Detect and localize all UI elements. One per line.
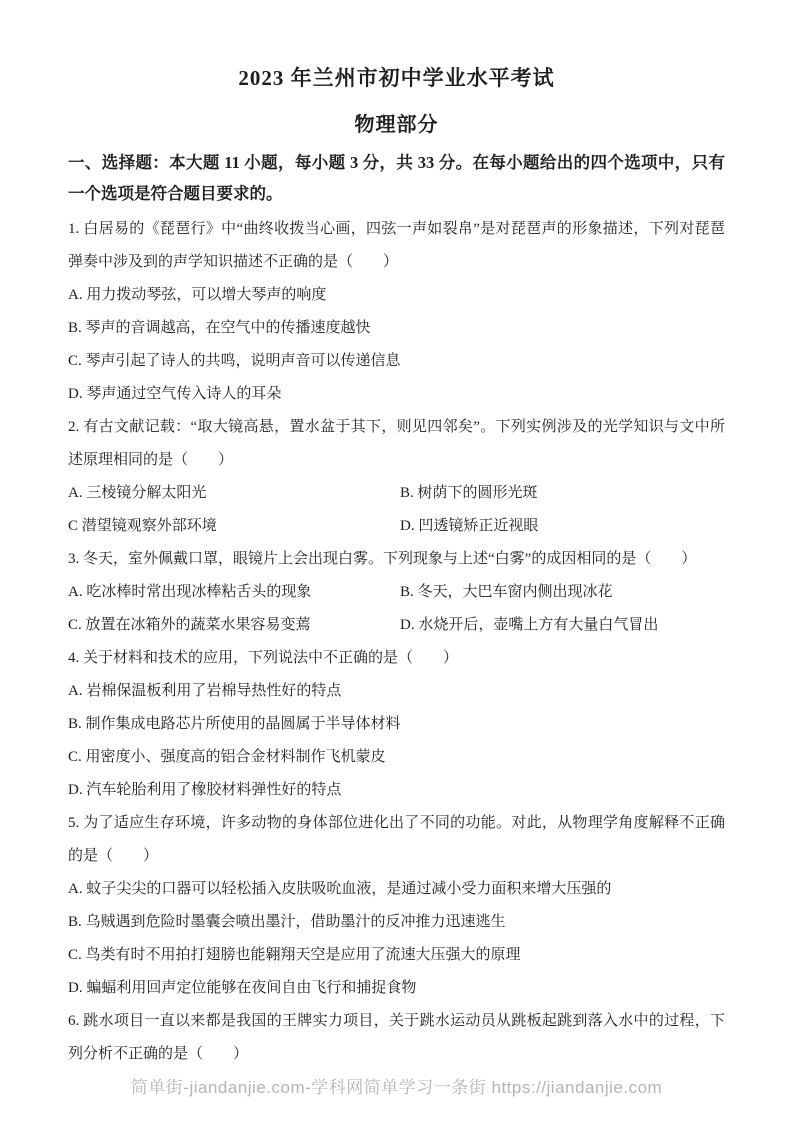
question-1-option-b: B. 琴声的音调越高，在空气中的传播速度越快 (68, 312, 725, 345)
question-3-option-c: C. 放置在冰箱外的蔬菜水果容易变蔫 (68, 609, 400, 642)
question-2-options: A. 三棱镜分解太阳光 B. 树荫下的圆形光斑 C 潜望镜观察外部环境 D. 凹… (68, 477, 725, 543)
question-2-option-c: C 潜望镜观察外部环境 (68, 510, 400, 543)
question-2-option-a: A. 三棱镜分解太阳光 (68, 477, 400, 510)
watermark-footer: 简单街-jiandanjie.com-学科网简单学习一条街 https://ji… (0, 1073, 793, 1098)
question-1-option-a: A. 用力拨动琴弦，可以增大琴声的响度 (68, 279, 725, 312)
question-3: 3. 冬天，室外佩戴口罩，眼镜片上会出现白雾。下列现象与上述“白雾”的成因相同的… (68, 543, 725, 642)
question-1: 1. 白居易的《琵琶行》中“曲终收拨当心画，四弦一声如裂帛”是对琵琶声的形象描述… (68, 213, 725, 411)
question-2-option-d: D. 凹透镜矫正近视眼 (400, 510, 725, 543)
question-3-options: A. 吃冰棒时常出现冰棒粘舌头的现象 B. 冬天，大巴车窗内侧出现冰花 C. 放… (68, 576, 725, 642)
question-4-option-b: B. 制作集成电路芯片所使用的晶圆属于半导体材料 (68, 708, 725, 741)
question-2-option-b: B. 树荫下的圆形光斑 (400, 477, 725, 510)
question-4: 4. 关于材料和技术的应用，下列说法中不正确的是（ ） A. 岩棉保温板利用了岩… (68, 642, 725, 807)
question-5-option-b: B. 乌贼遇到危险时墨囊会喷出墨汁，借助墨汁的反冲推力迅速逃生 (68, 906, 725, 939)
question-4-stem: 4. 关于材料和技术的应用，下列说法中不正确的是（ ） (68, 642, 725, 675)
question-1-option-c: C. 琴声引起了诗人的共鸣，说明声音可以传递信息 (68, 345, 725, 378)
question-3-option-b: B. 冬天，大巴车窗内侧出现冰花 (400, 576, 725, 609)
question-4-option-c: C. 用密度小、强度高的铝合金材料制作飞机蒙皮 (68, 741, 725, 774)
question-5-option-c: C. 鸟类有时不用拍打翅膀也能翱翔天空是应用了流速大压强大的原理 (68, 939, 725, 972)
exam-page: 2023 年兰州市初中学业水平考试 物理部分 一、选择题：本大题 11 小题，每… (0, 0, 793, 1122)
question-5-option-d: D. 蝙蝠利用回声定位能够在夜间自由飞行和捕捉食物 (68, 972, 725, 1005)
question-3-stem: 3. 冬天，室外佩戴口罩，眼镜片上会出现白雾。下列现象与上述“白雾”的成因相同的… (68, 543, 725, 576)
question-4-option-d: D. 汽车轮胎利用了橡胶材料弹性好的特点 (68, 774, 725, 807)
question-6: 6. 跳水项目一直以来都是我国的王牌实力项目，关于跳水运动员从跳板起跳到落入水中… (68, 1005, 725, 1071)
question-3-option-a: A. 吃冰棒时常出现冰棒粘舌头的现象 (68, 576, 400, 609)
question-1-stem: 1. 白居易的《琵琶行》中“曲终收拨当心画，四弦一声如裂帛”是对琵琶声的形象描述… (68, 213, 725, 279)
question-2: 2. 有古文献记载：“取大镜高悬，置水盆于其下，则见四邻矣”。下列实例涉及的光学… (68, 411, 725, 543)
exam-subtitle: 物理部分 (68, 108, 725, 137)
question-5-option-a: A. 蚊子尖尖的口器可以轻松插入皮肤吸吮血液，是通过减小受力面积来增大压强的 (68, 873, 725, 906)
question-1-option-d: D. 琴声通过空气传入诗人的耳朵 (68, 378, 725, 411)
question-6-stem: 6. 跳水项目一直以来都是我国的王牌实力项目，关于跳水运动员从跳板起跳到落入水中… (68, 1005, 725, 1071)
question-5: 5. 为了适应生存环境，许多动物的身体部位进化出了不同的功能。对此，从物理学角度… (68, 807, 725, 1005)
exam-title: 2023 年兰州市初中学业水平考试 (68, 62, 725, 92)
question-3-option-d: D. 水烧开后，壶嘴上方有大量白气冒出 (400, 609, 725, 642)
question-2-stem: 2. 有古文献记载：“取大镜高悬，置水盆于其下，则见四邻矣”。下列实例涉及的光学… (68, 411, 725, 477)
section-instructions: 一、选择题：本大题 11 小题，每小题 3 分，共 33 分。在每小题给出的四个… (68, 147, 725, 209)
question-4-option-a: A. 岩棉保温板利用了岩棉导热性好的特点 (68, 675, 725, 708)
question-5-stem: 5. 为了适应生存环境，许多动物的身体部位进化出了不同的功能。对此，从物理学角度… (68, 807, 725, 873)
